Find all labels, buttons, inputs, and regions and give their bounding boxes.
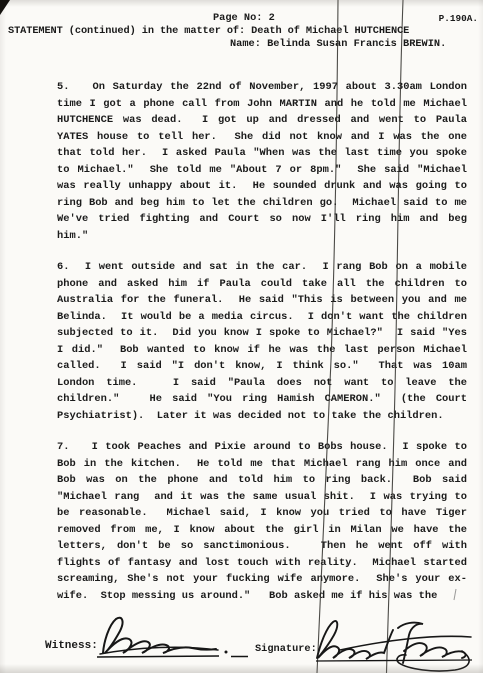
statement-paragraph: 7. I took Peaches and Pixie around to Bo…: [57, 439, 467, 604]
statement-text-line: letters, don't be so sanctimonious. Then…: [57, 538, 467, 555]
signature-label: Signature:: [255, 643, 317, 655]
statement-text-line: called. I said "I don't know, I think so…: [57, 358, 467, 375]
statement-text-line: I did." Bob wanted to know if he was the…: [57, 342, 467, 359]
statement-text-line: 5. On Saturday the 22nd of November, 199…: [57, 79, 467, 96]
statement-text-line: 7. I took Peaches and Pixie around to Bo…: [57, 439, 467, 456]
witness-signature-dot: [225, 651, 228, 654]
document-ref: P.190A.: [439, 13, 478, 24]
witness-signature-flourish: [100, 647, 218, 654]
statement-text-line: him.": [57, 228, 467, 245]
statement-text-line: Bob in the kitchen. He told me that Mich…: [57, 456, 467, 473]
statement-paragraph: 5. On Saturday the 22nd of November, 199…: [57, 79, 467, 244]
statement-text-line: time I got a phone call from John MARTIN…: [57, 96, 467, 113]
statement-text-line: removed from me, I know about the girl i…: [57, 522, 467, 539]
statement-title: STATEMENT (continued) in the matter of: …: [8, 25, 409, 37]
statement-text-line: "Michael rang and it was the same usual …: [57, 489, 467, 506]
statement-text-line: Australia for the funeral. He said "This…: [57, 292, 467, 309]
statement-text-line: to Michael." She told me "About 7 or 8pm…: [57, 162, 467, 179]
statement-text-line: was really unhappy about it. He sounded …: [57, 178, 467, 195]
statement-text-line: Belinda. It would be a media circus. I d…: [57, 309, 467, 326]
deponent-underline: [316, 660, 472, 661]
witness-signature: [103, 618, 216, 653]
statement-text-line: children." He said "You ring Hamish CAME…: [57, 391, 467, 408]
statement-page: Page No: 2 P.190A. STATEMENT (continued)…: [0, 0, 483, 673]
deponent-name: Name: Belinda Susan Francis BREWIN.: [230, 38, 446, 50]
deponent-signature-brewin: [398, 623, 466, 663]
deponent-signature-cross: [340, 636, 471, 650]
statement-text-line: screaming, She's not your fucking wife a…: [57, 571, 467, 588]
page-number: Page No: 2: [213, 12, 275, 24]
witness-label: Witness:: [45, 640, 98, 652]
statement-text-line: We've tried fighting and Court so now I'…: [57, 211, 467, 228]
statement-text-line: 6. I went outside and sat in the car. I …: [57, 259, 467, 276]
statement-paragraphs: 5. On Saturday the 22nd of November, 199…: [57, 79, 467, 619]
statement-text-line: Bob was on the phone and told him to rin…: [57, 472, 467, 489]
statement-text-line: Psychiatrist). Later it was decided not …: [57, 408, 467, 425]
deponent-signature-belinda: [317, 621, 393, 659]
statement-paragraph: 6. I went outside and sat in the car. I …: [57, 259, 467, 424]
scan-corner-mark: [0, 0, 10, 15]
statement-text-line: be reasonable. Michael said, I know you …: [57, 505, 467, 522]
statement-text-line: HUTCHENCE was dead. I got up and dressed…: [57, 112, 467, 129]
statement-text-line: ring Bob and beg him to let the children…: [57, 195, 467, 212]
statement-text-line: subjected to it. Did you know I spoke to…: [57, 325, 467, 342]
statement-text-line: phone and asked him if Paula could take …: [57, 276, 467, 293]
statement-text-line: YATES house to tell her. She did not kno…: [57, 129, 467, 146]
witness-underline: [97, 656, 248, 657]
statement-text-line: that told her. I asked Paula "When was t…: [57, 145, 467, 162]
statement-text-line: flights of fantasy and lost touch with r…: [57, 555, 467, 572]
statement-text-line: wife. Stop messing us around." Bob asked…: [57, 588, 467, 605]
deponent-signature-loop: [397, 651, 469, 671]
statement-text-line: London time. I said "Paula does not want…: [57, 375, 467, 392]
